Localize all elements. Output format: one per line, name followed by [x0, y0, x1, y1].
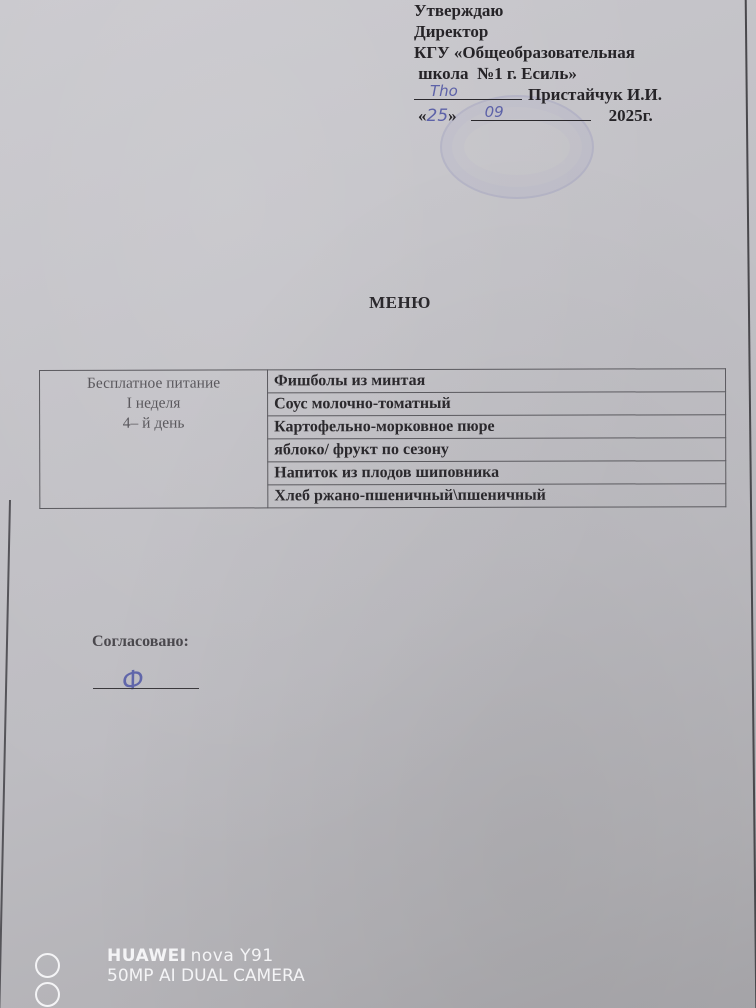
dish-item: Напиток из плодов шиповника: [268, 461, 726, 485]
agreed-signature-line: [93, 688, 199, 689]
dual-camera-icon: [35, 953, 63, 1008]
page-edge-left: [0, 500, 11, 1008]
dish-item: Картофельно-морковное пюре: [268, 415, 726, 439]
dish-item: яблоко/ фрукт по сезону: [268, 438, 726, 462]
date-month: 09: [485, 102, 504, 123]
date-day: 25: [427, 106, 449, 126]
date-quote-close: »: [448, 106, 457, 125]
signatory-name: Пристайчук И.И.: [528, 85, 662, 104]
approval-position: Директор: [414, 21, 662, 42]
approval-heading: Утверждаю: [414, 0, 662, 21]
dish-item: Фишболы из минтая: [268, 369, 726, 393]
menu-day-cell: Бесплатное питание I неделя 4– й день: [40, 370, 268, 509]
menu-table: Бесплатное питание I неделя 4– й день Фи…: [39, 368, 726, 509]
table-row: Бесплатное питание I неделя 4– й день Фи…: [40, 369, 726, 394]
agreed-label: Согласовано:: [92, 633, 189, 651]
camera-spec: 50MP AI DUAL CAMERA: [107, 966, 305, 986]
approval-organization: КГУ «Общеобразовательная: [414, 42, 662, 63]
watermark-brand: HUAWEInova Y91: [107, 946, 274, 966]
date-year: 2025г.: [609, 106, 653, 125]
approval-signature-row: ТhoПристайчук И.И.: [414, 84, 662, 105]
lens-ring-icon: [35, 982, 60, 1007]
week-label: I неделя: [46, 393, 261, 414]
model-name: nova Y91: [191, 946, 274, 966]
meal-type: Бесплатное питание: [46, 373, 261, 394]
signature-line: Тho: [414, 85, 522, 100]
day-label: 4– й день: [46, 413, 261, 434]
brand-name: HUAWEI: [107, 946, 187, 966]
director-signature: Тho: [430, 81, 458, 102]
date-quote-open: «: [418, 106, 427, 125]
approval-date-row: «25»092025г.: [414, 105, 662, 127]
dish-item: Хлеб ржано-пшеничный\пшеничный: [268, 484, 726, 508]
page-edge-right: [745, 0, 756, 1008]
approval-block: Утверждаю Директор КГУ «Общеобразователь…: [414, 0, 662, 127]
agreed-signature: Ф: [120, 664, 147, 697]
page-title: МЕНЮ: [0, 293, 756, 313]
date-month-line: 09: [471, 106, 591, 121]
lens-ring-icon: [35, 953, 60, 978]
dish-item: Соус молочно-томатный: [268, 392, 726, 416]
